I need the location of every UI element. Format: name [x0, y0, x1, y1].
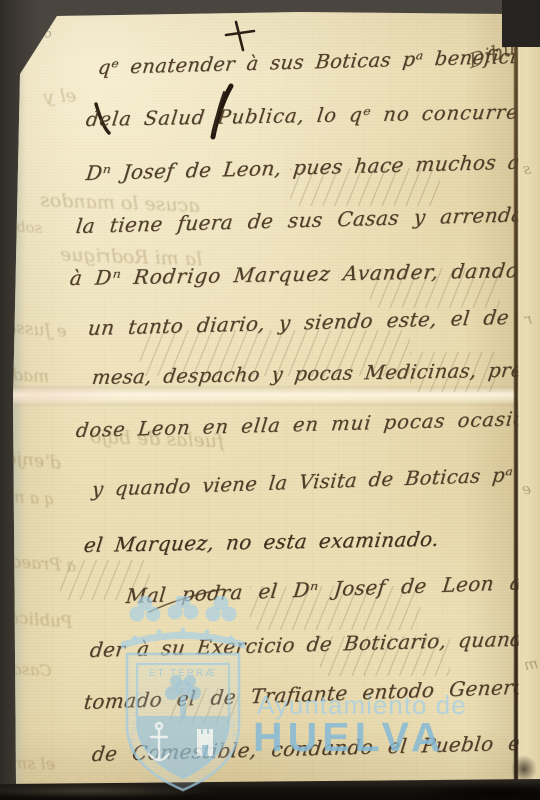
corner-shadow [511, 755, 537, 783]
adjacent-page-writing: s [522, 160, 532, 179]
adjacent-page-writing: r [524, 310, 534, 329]
adjacent-page-writing: e [521, 479, 532, 498]
adjacent-page-writing: m [523, 654, 540, 674]
manuscript-page: 65 el y e acuse lo mandos sobre la mi Ro… [0, 0, 540, 800]
scan-corner-shadow [502, 0, 540, 47]
page-fold-highlight [518, 46, 520, 782]
manuscript-scan: s r e m 65 el y e acuse lo mandos sobre … [0, 0, 540, 800]
